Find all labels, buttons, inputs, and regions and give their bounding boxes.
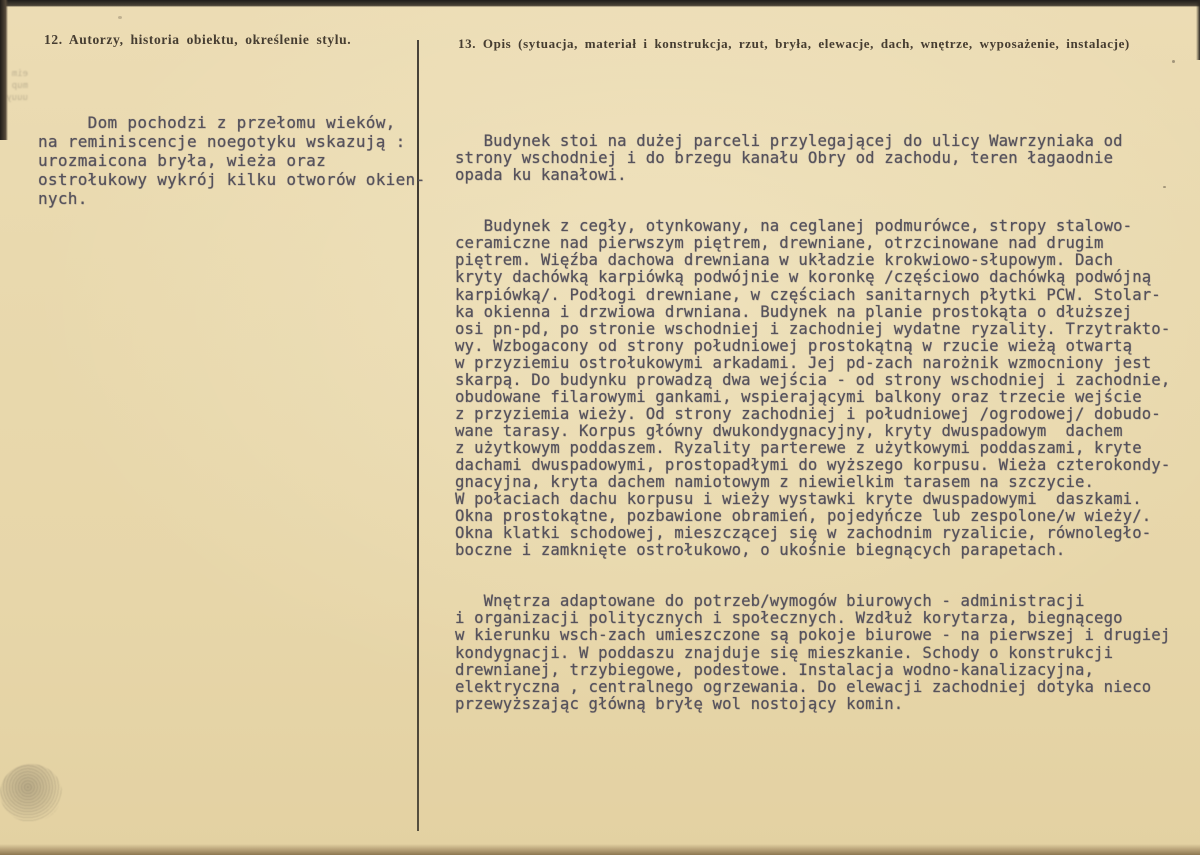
- description-paragraph-interior: Wnętrza adaptowane do potrzeb/wymogów bi…: [455, 593, 1170, 712]
- field-13-heading: 13. Opis (sytuacja, materiał i konstrukc…: [458, 36, 1130, 52]
- fingerprint-smudge: [0, 764, 62, 822]
- field-12-typed-text: Dom pochodzi z przełomu wieków, na remin…: [38, 113, 425, 208]
- field-13-typed-text: Budynek stoi na dużej parceli przylegają…: [455, 99, 1170, 747]
- field-12-heading: 12. Autorzy, historia obiektu, określeni…: [44, 32, 351, 48]
- scanned-form-page: 12. Autorzy, historia obiektu, określeni…: [0, 0, 1200, 855]
- paper-speck: [1163, 186, 1166, 188]
- scan-edge-top: [0, 0, 1200, 7]
- paper-speck: [1172, 60, 1175, 63]
- scan-edge-bottom: [0, 844, 1200, 855]
- scan-edge-right: [1196, 0, 1200, 60]
- paper-speck: [118, 16, 122, 19]
- description-paragraph-situation: Budynek stoi na dużej parceli przylegają…: [455, 133, 1170, 184]
- scan-edge-left: [0, 0, 8, 140]
- description-paragraph-construction: Budynek z cegły, otynkowany, na ceglanej…: [455, 218, 1170, 559]
